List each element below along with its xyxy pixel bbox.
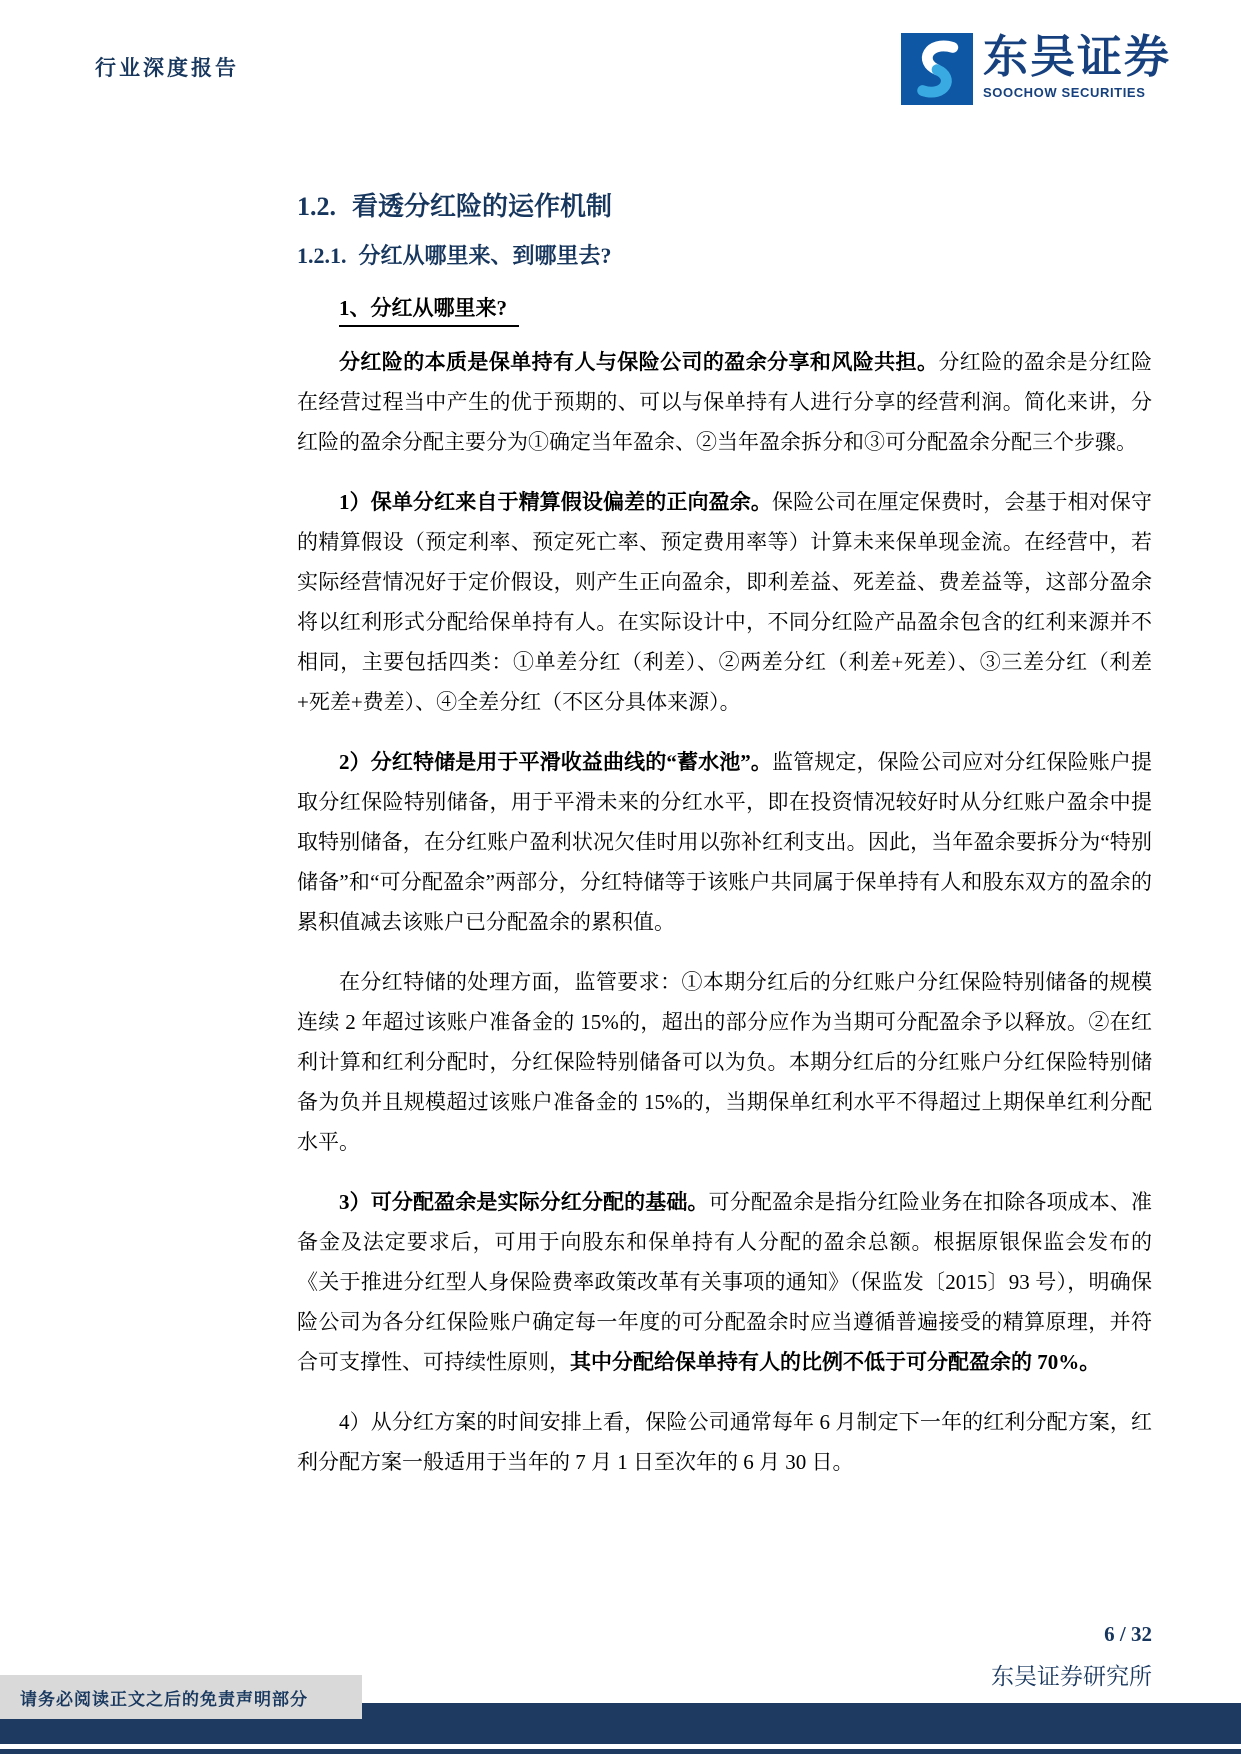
- report-page: 行业深度报告 东吴证券 SOOCHOW SECURITIES 1.2.看透分红险…: [0, 0, 1241, 1754]
- paragraph-bold-text: 3）可分配盈余是实际分红分配的基础。: [339, 1190, 709, 1214]
- body-paragraph: 在分红特储的处理方面，监管要求：①本期分红后的分红账户分红保险特别储备的规模连续…: [297, 962, 1152, 1162]
- body-paragraph: 1）保单分红来自于精算假设偏差的正向盈余。保险公司在厘定保费时，会基于相对保守的…: [297, 482, 1152, 722]
- disclaimer-box: 请务必阅读正文之后的免责声明部分: [0, 1675, 362, 1719]
- paragraph-bold-text: 2）分红特储是用于平滑收益曲线的“蓄水池”。: [339, 750, 772, 774]
- page-number: 6 / 32: [1104, 1622, 1152, 1647]
- logo-en-name: SOOCHOW SECURITIES: [983, 86, 1171, 100]
- body-paragraphs: 分红险的本质是保单持有人与保险公司的盈余分享和风险共担。分红险的盈余是分红险在经…: [297, 342, 1152, 1482]
- paragraph-bold-text: 其中分配给保单持有人的比例不低于可分配盈余的 70%。: [570, 1350, 1100, 1374]
- paragraph-bold-text: 1）保单分红来自于精算假设偏差的正向盈余。: [339, 490, 772, 514]
- disclaimer-text: 请务必阅读正文之后的免责声明部分: [20, 1685, 308, 1710]
- section-number: 1.2.: [297, 192, 336, 221]
- paragraph-text: 在分红特储的处理方面，监管要求：①本期分红后的分红账户分红保险特别储备的规模连续…: [297, 970, 1152, 1154]
- subsection-title: 分红从哪里来、到哪里去?: [359, 243, 612, 268]
- footer-bottom-line: [0, 1749, 1241, 1754]
- body-paragraph: 2）分红特储是用于平滑收益曲线的“蓄水池”。监管规定，保险公司应对分红保险账户提…: [297, 742, 1152, 942]
- soochow-logo-icon: [901, 33, 973, 105]
- soochow-logo-text: 东吴证券 SOOCHOW SECURITIES: [983, 33, 1171, 100]
- paragraph-text: 可分配盈余是指分红险业务在扣除各项成本、准备金及法定要求后，可用于向股东和保单持…: [297, 1190, 1152, 1374]
- subsection-number: 1.2.1.: [297, 243, 347, 268]
- paragraph-text: 监管规定，保险公司应对分红保险账户提取分红保险特别储备，用于平滑未来的分红水平，…: [297, 750, 1152, 934]
- report-type-label: 行业深度报告: [95, 52, 239, 82]
- paragraph-text: 4）从分红方案的时间安排上看，保险公司通常每年 6 月制定下一年的红利分配方案，…: [297, 1410, 1152, 1474]
- section-heading: 1.2.看透分红险的运作机制: [297, 190, 1152, 224]
- research-institute-label: 东吴证券研究所: [991, 1658, 1152, 1691]
- question-heading-text: 1、分红从哪里来?: [339, 294, 519, 327]
- question-heading: 1、分红从哪里来?: [339, 294, 1152, 327]
- report-body: 1.2.看透分红险的运作机制 1.2.1.分红从哪里来、到哪里去? 1、分红从哪…: [297, 190, 1152, 1502]
- body-paragraph: 分红险的本质是保单持有人与保险公司的盈余分享和风险共担。分红险的盈余是分红险在经…: [297, 342, 1152, 462]
- body-paragraph: 3）可分配盈余是实际分红分配的基础。可分配盈余是指分红险业务在扣除各项成本、准备…: [297, 1182, 1152, 1382]
- soochow-logo: 东吴证券 SOOCHOW SECURITIES: [901, 33, 1171, 105]
- paragraph-bold-text: 分红险的本质是保单持有人与保险公司的盈余分享和风险共担。: [339, 350, 938, 374]
- subsection-heading: 1.2.1.分红从哪里来、到哪里去?: [297, 242, 1152, 270]
- section-title: 看透分红险的运作机制: [352, 192, 612, 221]
- logo-cn-name: 东吴证券: [983, 33, 1171, 81]
- paragraph-text: 保险公司在厘定保费时，会基于相对保守的精算假设（预定利率、预定死亡率、预定费用率…: [297, 490, 1152, 714]
- body-paragraph: 4）从分红方案的时间安排上看，保险公司通常每年 6 月制定下一年的红利分配方案，…: [297, 1402, 1152, 1482]
